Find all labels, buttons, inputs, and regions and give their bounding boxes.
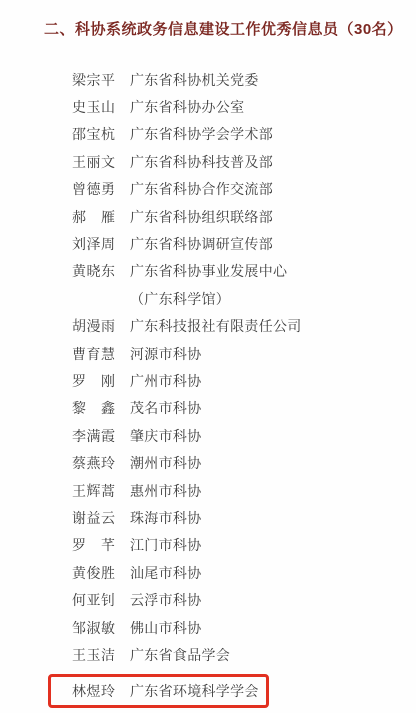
list-item: 史玉山 广东省科协办公室 <box>0 93 416 120</box>
member-name: 邹淑敏 <box>72 618 117 638</box>
member-org: 广州市科协 <box>130 371 202 391</box>
member-org: 广东省科协学会学术部 <box>130 124 273 144</box>
member-org: （广东科学馆） <box>130 289 230 309</box>
list-item: 黎 鑫 茂名市科协 <box>0 395 416 422</box>
list-item: 林煜玲广东省环境科学学会 <box>0 674 416 708</box>
member-org: 惠州市科协 <box>130 481 202 501</box>
list-item: 郝 雁 广东省科协组织联络部 <box>0 203 416 230</box>
member-name: 邵宝杭 <box>72 124 117 144</box>
member-name: 郝 雁 <box>72 207 117 227</box>
member-name: 黎 鑫 <box>72 398 117 418</box>
member-org: 广东省科协科技普及部 <box>130 152 273 172</box>
member-list: 梁宗平 广东省科协机关党委 史玉山 广东省科协办公室 邵宝杭 广东省科协学会学术… <box>0 66 416 708</box>
list-item: 黄晓东 广东省科协事业发展中心 <box>0 258 416 285</box>
member-org: 广东省环境科学学会 <box>130 681 259 701</box>
member-name: 黄晓东 <box>72 261 117 281</box>
member-org: 汕尾市科协 <box>130 563 202 583</box>
list-item: 罗 刚 广州市科协 <box>0 367 416 394</box>
member-org: 肇庆市科协 <box>130 426 202 446</box>
member-org: 广东省科协合作交流部 <box>130 179 273 199</box>
list-item: 胡漫雨 广东科技报社有限责任公司 <box>0 313 416 340</box>
list-item: 罗 芊 江门市科协 <box>0 532 416 559</box>
member-org: 云浮市科协 <box>130 590 202 610</box>
member-org: 广东省食品学会 <box>130 645 230 665</box>
member-org: 潮州市科协 <box>130 453 202 473</box>
member-name: 蔡燕玲 <box>72 453 117 473</box>
member-name: 曾德勇 <box>72 179 117 199</box>
member-name: 何亚钊 <box>72 590 117 610</box>
member-org: 广东科技报社有限责任公司 <box>130 316 302 336</box>
member-org: 江门市科协 <box>130 535 202 555</box>
list-item: 王丽文 广东省科协科技普及部 <box>0 148 416 175</box>
member-name: 曹育慧 <box>72 344 117 364</box>
member-name: 王辉蒿 <box>72 481 117 501</box>
member-name: 黄俊胜 <box>72 563 117 583</box>
member-name: 王丽文 <box>72 152 117 172</box>
list-item: 黄俊胜 汕尾市科协 <box>0 559 416 586</box>
list-item: 王辉蒿 惠州市科协 <box>0 477 416 504</box>
list-item: 何亚钊 云浮市科协 <box>0 586 416 613</box>
member-name: 刘泽周 <box>72 234 117 254</box>
member-name: 史玉山 <box>72 97 117 117</box>
member-org: 广东省科协事业发展中心 <box>130 261 287 281</box>
list-item: 曹育慧 河源市科协 <box>0 340 416 367</box>
list-item: 邹淑敏 佛山市科协 <box>0 614 416 641</box>
member-org: 广东省科协机关党委 <box>130 70 259 90</box>
list-item: 谢益云 珠海市科协 <box>0 504 416 531</box>
member-org: 佛山市科协 <box>130 618 202 638</box>
member-org: 广东省科协办公室 <box>130 97 244 117</box>
member-org: 河源市科协 <box>130 344 202 364</box>
member-org: 广东省科协组织联络部 <box>130 207 273 227</box>
member-name: 罗 刚 <box>72 371 117 391</box>
list-item: 刘泽周 广东省科协调研宣传部 <box>0 230 416 257</box>
section-title: 二、科协系统政务信息建设工作优秀信息员（30名） <box>44 20 416 39</box>
list-item: 蔡燕玲 潮州市科协 <box>0 449 416 476</box>
list-item: 王玉洁 广东省食品学会 <box>0 641 416 668</box>
list-item: （广东科学馆） <box>0 285 416 312</box>
member-name: 罗 芊 <box>72 535 117 555</box>
list-item: 邵宝杭 广东省科协学会学术部 <box>0 121 416 148</box>
member-org: 茂名市科协 <box>130 398 202 418</box>
highlight-box: 林煜玲广东省环境科学学会 <box>48 674 269 708</box>
list-item: 梁宗平 广东省科协机关党委 <box>0 66 416 93</box>
member-org: 珠海市科协 <box>130 508 202 528</box>
member-name: 谢益云 <box>72 508 117 528</box>
member-name: 林煜玲 <box>72 681 117 701</box>
document-page: 二、科协系统政务信息建设工作优秀信息员（30名） 梁宗平 广东省科协机关党委 史… <box>0 0 416 713</box>
member-name: 胡漫雨 <box>72 316 117 336</box>
member-name: 梁宗平 <box>72 70 117 90</box>
member-name: 李满霞 <box>72 426 117 446</box>
list-item: 李满霞 肇庆市科协 <box>0 422 416 449</box>
member-org: 广东省科协调研宣传部 <box>130 234 273 254</box>
member-name: 王玉洁 <box>72 645 117 665</box>
list-item: 曾德勇 广东省科协合作交流部 <box>0 176 416 203</box>
